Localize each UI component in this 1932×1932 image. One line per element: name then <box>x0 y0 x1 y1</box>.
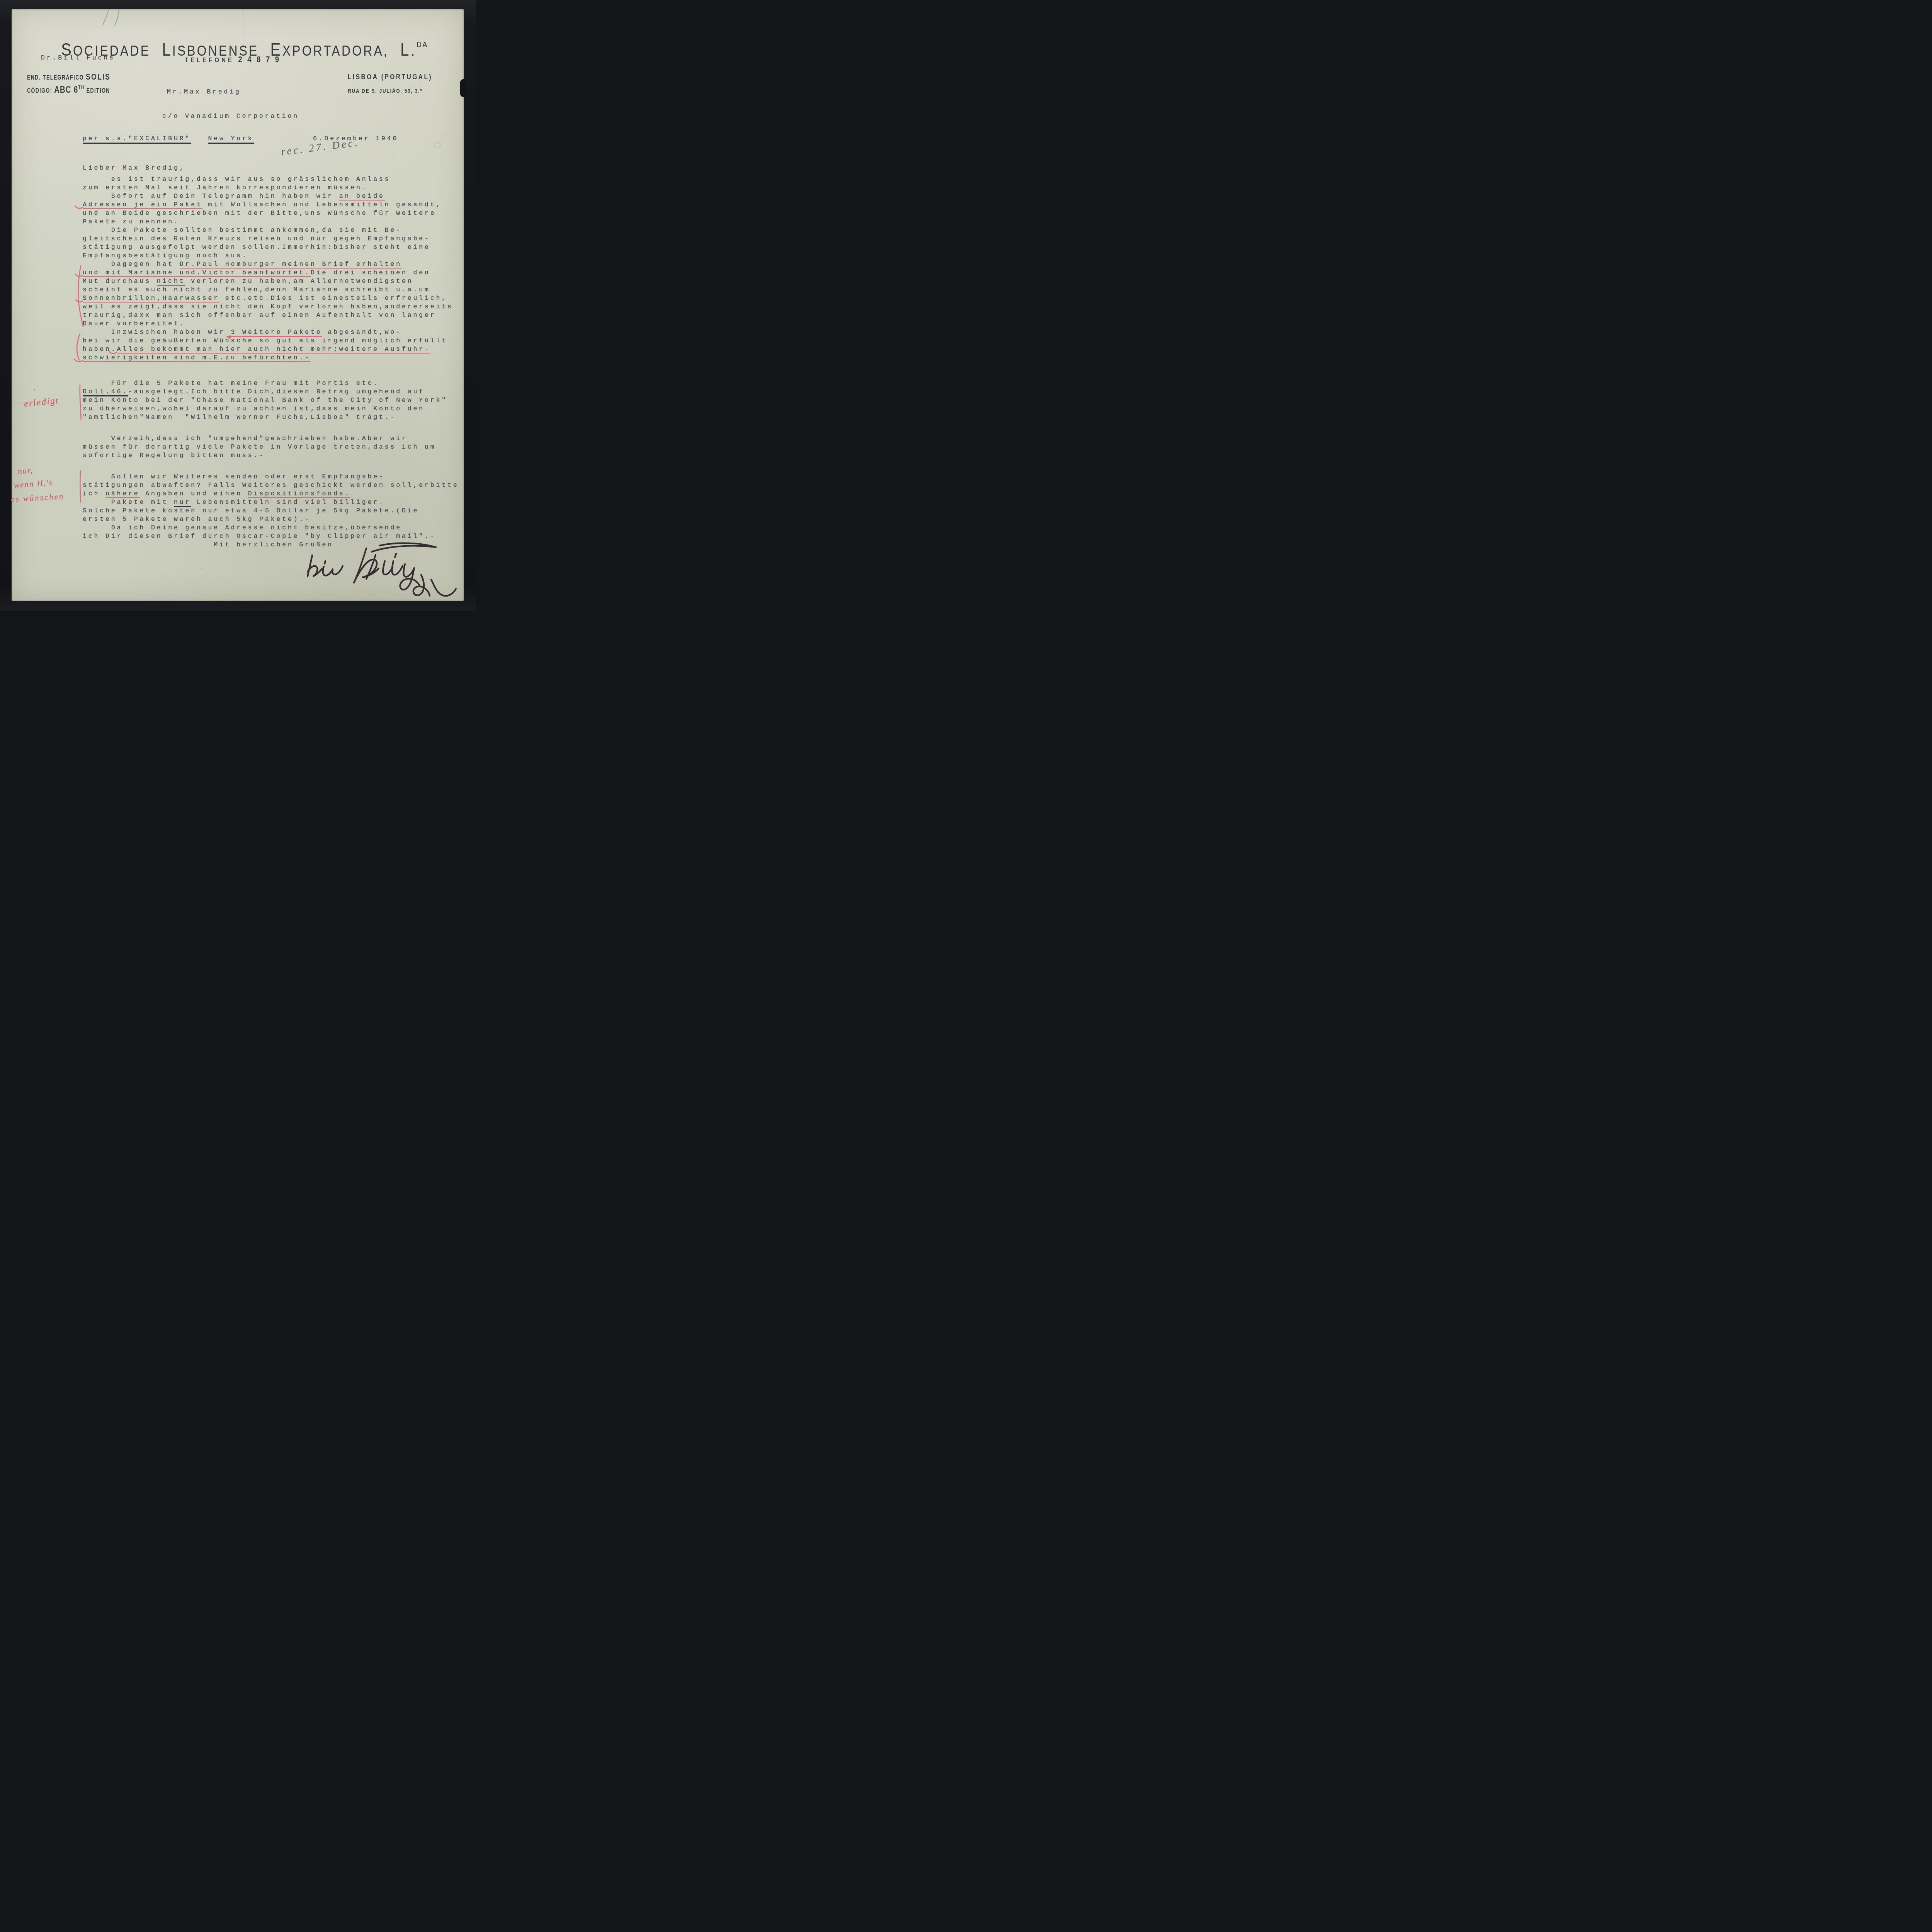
letter-line: zu überweisen,wobei darauf zu achten ist… <box>83 405 469 413</box>
code-label: CÓDIGO: <box>27 87 52 94</box>
typed-text: Dauer vorbereitet. <box>83 320 185 327</box>
telegraph-address: END. TELEGRÁFICO SOLIS <box>27 72 111 82</box>
underlined-text: Adressen je ein Paket <box>83 201 202 209</box>
typed-text: stätigung ausgefolgt werden sollen.Immer… <box>83 243 430 251</box>
letter-line: ersten 5 Pakete wareh auch 5kg Pakete).- <box>83 515 469 524</box>
typed-text: mein Konto bei der "Chase National Bank … <box>83 396 447 404</box>
underlined-text: an beide <box>339 192 385 201</box>
letter-line: mein Konto bei der "Chase National Bank … <box>83 396 469 405</box>
typed-text: Lieber Max Bredig, <box>83 164 185 172</box>
letterhead-telefone: TELEFONE 2 4 8 7 9 <box>185 55 281 65</box>
letter-line: Solche Pakete kosten nur etwa 4-5 Dollar… <box>83 507 469 515</box>
typed-text: Mut durchaus <box>83 277 157 285</box>
telefone-label: TELEFONE <box>185 56 234 64</box>
paper-speck <box>201 568 202 569</box>
typed-text: Lebensmitteln sind viel billiger. <box>191 498 385 506</box>
letter-line: und mit Marianne und.Victor beantwortet.… <box>83 269 469 277</box>
letter-line: stätigung ausgefolgt werden sollen.Immer… <box>83 243 469 252</box>
letter-line: Adressen je ein Paket mit Wollsachen und… <box>83 201 469 209</box>
underlined-text: 3 Weitere Pakete <box>231 328 322 337</box>
typed-text: Dagegen hat <box>83 260 180 268</box>
letter-line: "amtlichen"Namen "Wilhelm Werner Fuchs,L… <box>83 413 469 422</box>
letter-line: es ist traurig,dass wir aus so grässlich… <box>83 175 469 184</box>
typed-text: verloren zu haben,am Allernotwendigsten <box>185 277 413 285</box>
company-word-initial: L <box>162 40 172 60</box>
paragraph: Da ich Deine genaue Adresse nicht besitz… <box>83 524 469 541</box>
typed-text: traurig,daxx man sich offenbar auf einen… <box>83 311 436 319</box>
typed-text: Mit herzlichen Grüßen <box>83 541 333 548</box>
typed-text: Inzwischen haben wir <box>83 328 231 336</box>
typed-text: zu überweisen,wobei darauf zu achten ist… <box>83 405 425 412</box>
underlined-text: nähere <box>105 490 140 498</box>
letter-line: weil es zeigt,dass sie nicht den Kopf ve… <box>83 303 469 311</box>
letter-line: traurig,daxx man sich offenbar auf einen… <box>83 311 469 320</box>
company-word: XPORTADORA, <box>282 44 389 59</box>
paragraph: Pakete mit nur Lebensmitteln sind viel b… <box>83 498 469 524</box>
letter-line: sofortige Regelung bitten muss.- <box>83 451 469 460</box>
letter-line: Empfangsbestätigung noch aus. <box>83 252 469 260</box>
paragraph: Inzwischen haben wir 3 Weitere Pakete ab… <box>83 328 469 362</box>
letter-line: Pakete zu nennen. <box>83 218 469 226</box>
typed-text: abgesandt,wo- <box>322 328 402 336</box>
street-line: RUA DE S. JULIÃO, 53, 3.º <box>348 88 423 94</box>
typed-text: es ist traurig,dass wir aus so grässlich… <box>83 175 391 183</box>
paragraph: Sollen wir Weiteres senden oder erst Emp… <box>83 473 469 498</box>
letter-line: Pakete mit nur Lebensmitteln sind viel b… <box>83 498 469 507</box>
typed-text: zum ersten Mal seit Jahren korrespondier… <box>83 184 368 191</box>
city-name: LISBOA <box>348 73 378 81</box>
country-name: (PORTUGAL) <box>381 73 432 81</box>
letter-line: schwierigkeiten sind m.E.zu befürchten.- <box>83 354 469 362</box>
letter-line: Sonnenbrillen,Haarwasser etc.etc.Dies is… <box>83 294 469 303</box>
letter-line: zum ersten Mal seit Jahren korrespondier… <box>83 184 469 192</box>
recipient-name: Mr.Max Bredig <box>167 88 241 95</box>
typed-text: müssen für derartig viele Pakete in Vorl… <box>83 443 436 451</box>
letter-line: Sollen wir Weiteres senden oder erst Emp… <box>83 473 469 481</box>
underlined-text: Dispositionsfonds. <box>248 490 351 498</box>
letter-line: ich Dir diesen Brief durch Oscar-Copie "… <box>83 532 469 541</box>
letter-line: müssen für derartig viele Pakete in Vorl… <box>83 443 469 451</box>
code-line: CÓDIGO: ABC 6TH EDITION <box>27 85 110 96</box>
letter-line: Mut durchaus nicht verloren zu haben,am … <box>83 277 469 286</box>
telegraph-label: END. TELEGRÁFICO <box>27 74 84 81</box>
typed-text: etc.etc.Dies ist einesteils erfreulich, <box>219 294 447 302</box>
paragraph: Die Pakete sollten bestimmt ankommen,da … <box>83 226 469 260</box>
letter-line: Für die 5 Pakete hat meine Frau mit Port… <box>83 379 469 388</box>
typed-text: Da ich Deine genaue Adresse nicht besitz… <box>83 524 402 531</box>
paragraph: Für die 5 Pakete hat meine Frau mit Port… <box>83 379 469 422</box>
company-abbrev: L. <box>400 40 417 60</box>
typed-text: Die Pakete sollten bestimmt ankommen,da … <box>83 226 402 234</box>
letter-line: Da ich Deine genaue Adresse nicht besitz… <box>83 524 469 532</box>
typed-text: haben. <box>83 345 117 353</box>
letter-line: Dagegen hat Dr.Paul Homburger meinen Bri… <box>83 260 469 269</box>
ship-route-line: per s.s."EXCALIBUR" New York <box>83 135 254 142</box>
underlined-text: Alles bekommt man hier auch nicht mehr;w… <box>117 345 430 354</box>
typed-text: und an Beide geschrieben mit der Bitte,u… <box>83 209 436 217</box>
typed-text: Angaben und einen <box>140 490 248 497</box>
paper-speck <box>34 389 35 390</box>
letter-line: Mit herzlichen Grüßen <box>83 541 469 549</box>
typed-text: gleitschein des Roten Kreuzs reisen und … <box>83 235 430 242</box>
underlined-text: nicht <box>157 277 185 286</box>
code-value: ABC 6 <box>54 85 78 95</box>
underlined-text: schwierigkeiten sind m.E.zu befürchten.- <box>83 354 311 362</box>
sender-name: Dr.Bill Fuchs <box>41 54 115 61</box>
paragraph: Dagegen hat Dr.Paul Homburger meinen Bri… <box>83 260 469 328</box>
letter-line: bei wir die geäußerten Wünsche so gut al… <box>83 337 469 345</box>
letter-line: Lieber Max Bredig, <box>83 164 469 172</box>
underlined-text: Sonnenbrillen,Haarwasser <box>83 294 219 303</box>
letter-line: ich nähere Angaben und einen Disposition… <box>83 490 469 498</box>
typed-text: ich <box>83 490 105 497</box>
typed-text: Für die 5 Pakete hat meine Frau mit Port… <box>83 379 379 387</box>
letter-line: stätigungen abwaften? Falls Weiteres ges… <box>83 481 469 490</box>
letter-line: scheint es auch nicht zu fehlen,denn Mar… <box>83 286 469 294</box>
paragraph: es ist traurig,dass wir aus so grässlich… <box>83 175 469 192</box>
paragraph: Mit herzlichen Grüßen <box>83 541 469 549</box>
ship-route: per s.s."EXCALIBUR" <box>83 135 191 144</box>
typed-text: Die drei scheinen den <box>311 269 430 276</box>
typed-text: Sollen wir Weiteres senden oder erst Emp… <box>83 473 385 480</box>
letter-line: gleitschein des Roten Kreuzs reisen und … <box>83 235 469 243</box>
typed-text: bei wir die geäußerten Wünsche so gut al… <box>83 337 447 344</box>
company-abbrev-sup: DA <box>417 40 428 49</box>
typed-text: -ausgelegt.Ich bitte Dich,diesen Betrag … <box>128 388 425 395</box>
typed-text: mit Wollsachen und Lebensmitteln gesandt… <box>202 201 442 208</box>
underlined-text: Dr.Paul Homburger meinen Brief erhalten <box>180 260 402 269</box>
typed-text: ersten 5 Pakete wareh auch 5kg Pakete).- <box>83 515 311 523</box>
typed-text: weil es zeigt,dass sie nicht den Kopf ve… <box>83 303 453 310</box>
typed-text: Verzeih,dass ich "umgehend"geschrieben h… <box>83 435 408 442</box>
underlined-text: und mit Marianne und.Victor beantwortet. <box>83 269 311 277</box>
margin-note-line: nur, <box>17 465 34 476</box>
letter-line: Die Pakete sollten bestimmt ankommen,da … <box>83 226 469 235</box>
typed-text: Solche Pakete kosten nur etwa 4-5 Dollar… <box>83 507 419 514</box>
code-sup: TH <box>78 85 84 90</box>
paragraph: Verzeih,dass ich "umgehend"geschrieben h… <box>83 434 469 460</box>
care-of: c/o Vanadium Corporation <box>162 112 299 120</box>
typed-text: sofortige Regelung bitten muss.- <box>83 452 265 459</box>
letter-line: Doll.46.-ausgelegt.Ich bitte Dich,diesen… <box>83 388 469 396</box>
underlined-text: Doll.46. <box>83 388 128 396</box>
letter-line: haben.Alles bekommt man hier auch nicht … <box>83 345 469 354</box>
typed-text: "amtlichen"Namen "Wilhelm Werner Fuchs,L… <box>83 413 396 421</box>
telefone-number: 2 4 8 7 9 <box>238 55 281 65</box>
scan-background: SOCIEDADE LISBONENSE EXPORTADORA, L.DA D… <box>0 0 476 611</box>
letter-line: Inzwischen haben wir 3 Weitere Pakete ab… <box>83 328 469 337</box>
typed-text: Sofort auf Dein Telegramm hin haben wir <box>83 192 339 200</box>
typed-text: stätigungen abwaften? Falls Weiteres ges… <box>83 481 459 489</box>
city-line: LISBOA (PORTUGAL) <box>348 73 432 82</box>
typed-text: Pakete mit <box>83 498 174 506</box>
typed-text: Pakete zu nennen. <box>83 218 180 225</box>
paragraph: Lieber Max Bredig, <box>83 164 469 172</box>
letter-line: Sofort auf Dein Telegramm hin haben wir … <box>83 192 469 201</box>
typed-text: scheint es auch nicht zu fehlen,denn Mar… <box>83 286 430 293</box>
body-lines: Lieber Max Bredig, es ist traurig,dass w… <box>83 164 469 549</box>
typed-text: Empfangsbestätigung noch aus. <box>83 252 248 259</box>
destination-city: New York <box>208 135 254 144</box>
paragraph: Sofort auf Dein Telegramm hin haben wir … <box>83 192 469 226</box>
telegraph-value: SOLIS <box>86 72 111 82</box>
scan-edge-notch <box>460 79 466 97</box>
route-gap <box>191 135 208 142</box>
letter-line: und an Beide geschrieben mit der Bitte,u… <box>83 209 469 218</box>
letter-line: Verzeih,dass ich "umgehend"geschrieben h… <box>83 434 469 443</box>
letter-line: Dauer vorbereitet. <box>83 320 469 328</box>
underlined-text: nur <box>174 498 191 507</box>
typed-text: ich Dir diesen Brief durch Oscar-Copie "… <box>83 532 436 540</box>
code-suffix: EDITION <box>87 87 110 94</box>
